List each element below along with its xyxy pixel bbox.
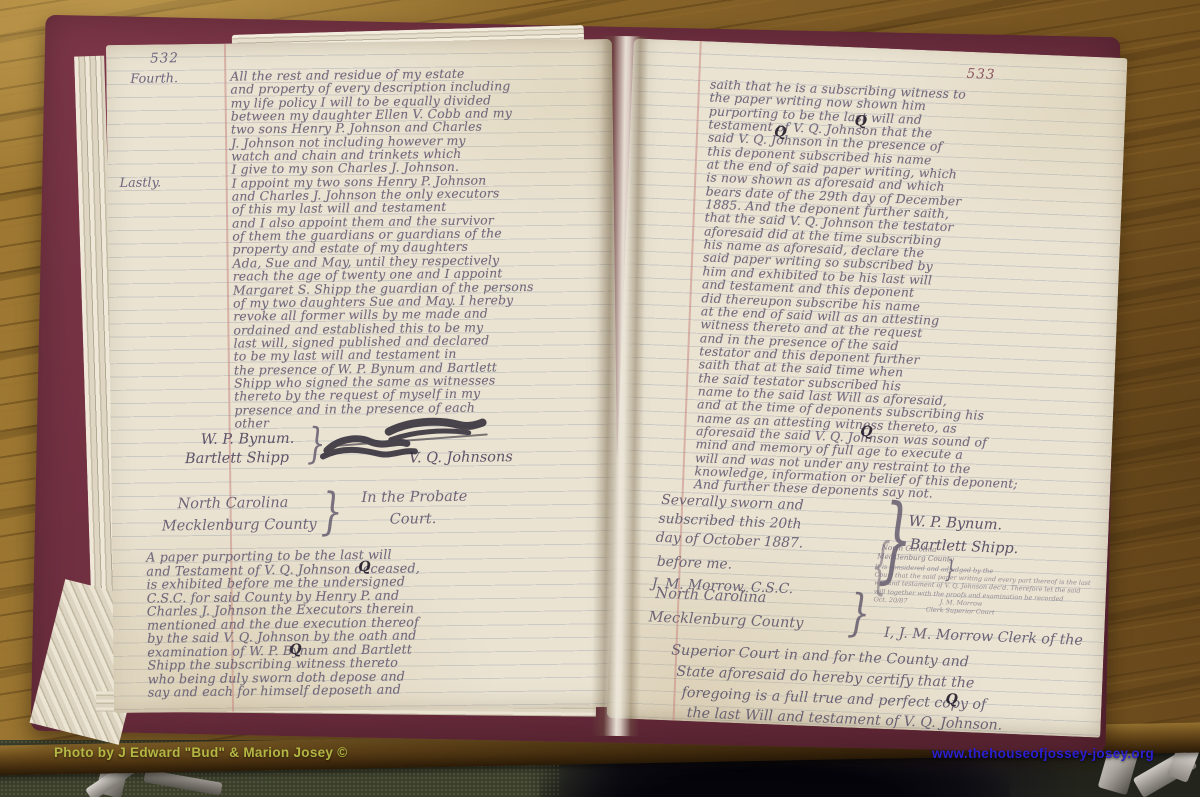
- caption-county: Mecklenburg County: [648, 609, 803, 631]
- witness-signature-bynum: W. P. Bynum.: [908, 514, 1002, 534]
- photo-of-will-book: 532 Fourth. Lastly. All the rest and res…: [0, 0, 1200, 797]
- page-number: 532: [150, 50, 179, 66]
- retraced-q-ink-mark: Q: [860, 424, 873, 440]
- caption-brace: }: [320, 486, 343, 536]
- clamp-arm: [143, 769, 222, 795]
- ink-scribble: [318, 408, 489, 468]
- court-name-line2: Court.: [390, 511, 437, 528]
- retraced-q-ink-mark: Q: [774, 124, 787, 140]
- margin-note-lastly: Lastly.: [120, 175, 162, 191]
- retraced-q-ink-mark: Q: [358, 559, 370, 575]
- caption-brace: }: [847, 587, 871, 638]
- retraced-q-ink-mark: Q: [289, 642, 301, 658]
- right-page: 533 saith that he is a subscribing witne…: [607, 38, 1128, 737]
- witness-signature-shipp: Bartlett Shipp: [185, 450, 289, 467]
- jurat-line: before me.: [657, 554, 733, 573]
- will-body-text: All the rest and residue of my estateand…: [230, 65, 612, 430]
- witness-signature-bynum: W. P. Bynum.: [201, 431, 295, 448]
- retraced-q-ink-mark: Q: [945, 691, 958, 707]
- photo-credit-watermark: Photo by J Edward "Bud" & Marion Josey ©: [54, 745, 348, 760]
- jurat-line: day of October 1887.: [656, 530, 804, 552]
- order-note-text: It is considered and adjudged by theCour…: [873, 562, 1107, 620]
- deposition-body-text: saith that he is a subscribing witness t…: [694, 77, 1106, 506]
- caption-state: North Carolina: [655, 586, 766, 606]
- probate-paragraph: A paper purporting to be the last willan…: [146, 546, 554, 699]
- handwritten-line: say and each for himself deposeth and: [148, 681, 554, 699]
- retraced-q-ink-mark: Q: [854, 113, 867, 129]
- caption-state: North Carolina: [177, 495, 288, 512]
- left-page: 532 Fourth. Lastly. All the rest and res…: [106, 39, 620, 713]
- margin-note-fourth: Fourth.: [130, 71, 178, 87]
- certificate-line: I, J. M. Morrow Clerk of the: [884, 625, 1083, 649]
- caption-county: Mecklenburg County: [162, 517, 317, 535]
- court-name-line1: In the Probate: [361, 489, 467, 506]
- website-watermark: www.thehouseofjossey-josey.org: [932, 746, 1154, 761]
- page-number: 533: [966, 66, 995, 83]
